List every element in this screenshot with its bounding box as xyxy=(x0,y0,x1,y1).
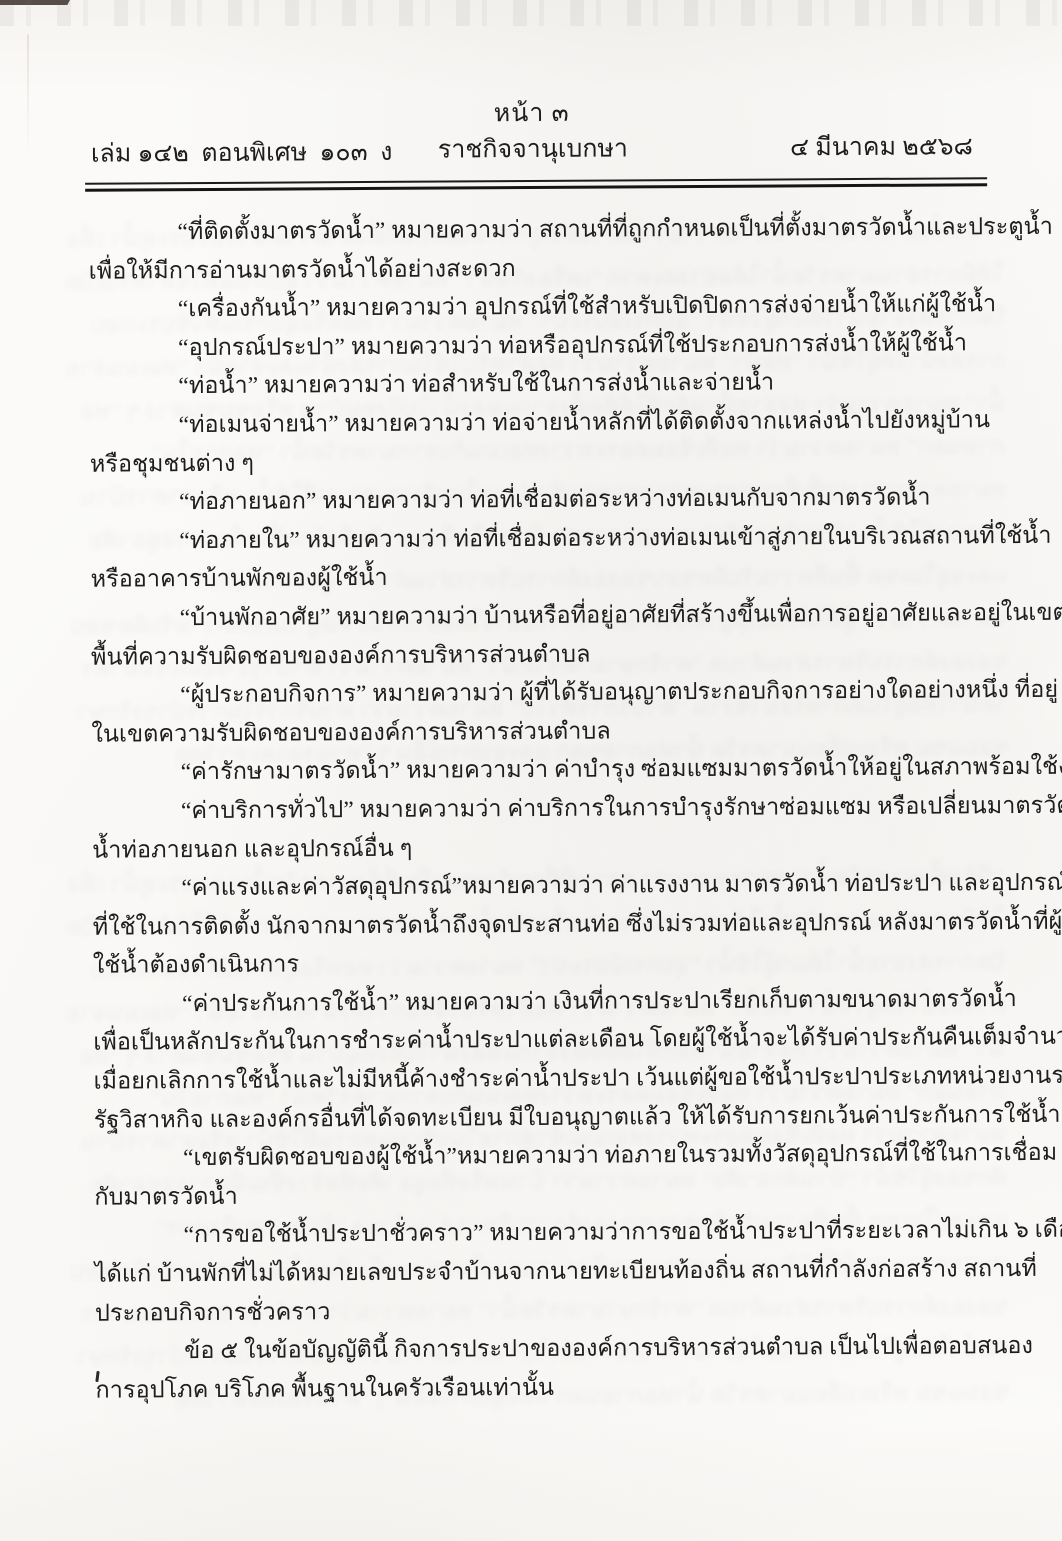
paragraph: “การขอใช้น้ำประปาชั่วคราว” หมายความว่ากา… xyxy=(94,1212,990,1333)
paragraph: “ที่ติดตั้งมาตรวัดน้ำ” หมายความว่า สถานท… xyxy=(88,208,983,291)
text-line: “ค่าประกันการใช้น้ำ” หมายความว่า เงินที่… xyxy=(93,980,988,1024)
text-line: “ค่าแรงและค่าวัสดุอุปกรณ์”หมายความว่า ค่… xyxy=(92,864,987,908)
paragraph: “ค่าประกันการใช้น้ำ” หมายความว่า เงินที่… xyxy=(93,980,989,1140)
text-line: “ค่าบริการทั่วไป” หมายความว่า ค่าบริการใ… xyxy=(92,787,987,831)
text-line: “การขอใช้น้ำประปาชั่วคราว” หมายความว่ากา… xyxy=(94,1212,989,1256)
text-line: ใช้น้ำต้องดำเนินการ xyxy=(93,942,988,986)
paragraph: “บ้านพักอาศัย” หมายความว่า บ้านหรือที่อย… xyxy=(91,594,986,677)
text-line: พื้นที่ความรับผิดชอบขององค์การบริหารส่วน… xyxy=(91,633,986,677)
text-line: หรืออาคารบ้านพักของผู้ใช้น้ำ xyxy=(90,556,985,600)
text-line: “บ้านพักอาศัย” หมายความว่า บ้านหรือที่อย… xyxy=(91,594,986,638)
text-line: “ท่อน้ำ” หมายความว่า ท่อสำหรับใช้ในการส่… xyxy=(89,363,984,407)
text-line: “อุปกรณ์ประปา” หมายความว่า ท่อหรืออุปกรณ… xyxy=(89,324,984,368)
paragraph: “ค่ารักษามาตรวัดน้ำ” หมายความว่า ค่าบำรุ… xyxy=(92,749,987,793)
paragraph: “ท่อภายใน” หมายความว่า ท่อที่เชื่อมต่อระ… xyxy=(90,517,985,600)
text-line: “ท่อเมนจ่ายน้ำ” หมายความว่า ท่อจ่ายน้ำหล… xyxy=(89,401,984,445)
page-number-label: หน้า ๓ xyxy=(0,0,1062,133)
text-line: การอุปโภค บริโภค พื้นฐานในครัวเรือนเท่าน… xyxy=(95,1366,990,1410)
text-line: รัฐวิสาหกิจ และองค์กรอื่นที่ได้จดทะเบียน… xyxy=(94,1096,989,1140)
paragraph: “ค่าแรงและค่าวัสดุอุปกรณ์”หมายความว่า ค่… xyxy=(92,864,988,985)
paragraph: ข้อ ๕ ในข้อบัญญัตินี้ กิจการประปาขององค์… xyxy=(95,1327,990,1410)
text-line: ในเขตความรับผิดชอบขององค์การบริหารส่วนตำ… xyxy=(91,710,986,754)
document-body: “ที่ติดตั้งมาตรวัดน้ำ” หมายความว่า สถานท… xyxy=(88,208,990,1410)
text-line: “เครื่องกันน้ำ” หมายความว่า อุปกรณ์ที่ใช… xyxy=(89,285,984,329)
gazette-date: ๔ มีนาคม ๒๕๖๘ xyxy=(790,130,973,165)
paragraph: “ท่อน้ำ” หมายความว่า ท่อสำหรับใช้ในการส่… xyxy=(89,363,984,407)
text-line: “ที่ติดตั้งมาตรวัดน้ำ” หมายความว่า สถานท… xyxy=(88,208,983,252)
paragraph: “เขตรับผิดชอบของผู้ใช้น้ำ”หมายความว่า ท่… xyxy=(94,1134,989,1217)
text-line: หรือชุมชนต่าง ๆ xyxy=(90,440,985,484)
text-line: น้ำท่อภายนอก และอุปกรณ์อื่น ๆ xyxy=(92,826,987,870)
paragraph: “ผู้ประกอบกิจการ” หมายความว่า ผู้ที่ได้ร… xyxy=(91,671,986,754)
text-line: เพื่อให้มีการอ่านมาตรวัดน้ำได้อย่างสะดวก xyxy=(89,247,984,291)
text-line: เพื่อเป็นหลักประกันในการชำระค่าน้ำประปาแ… xyxy=(93,1019,988,1063)
paragraph: “อุปกรณ์ประปา” หมายความว่า ท่อหรืออุปกรณ… xyxy=(89,324,984,368)
text-line: ได้แก่ บ้านพักที่ไม่ได้หมายเลขประจำบ้านจ… xyxy=(95,1250,990,1294)
text-line: เมื่อยกเลิกการใช้น้ำและไม่มีหนี้ค้างชำระ… xyxy=(93,1057,988,1101)
text-line: “ท่อภายใน” หมายความว่า ท่อที่เชื่อมต่อระ… xyxy=(90,517,985,561)
gazette-scanned-page: “ที่ติดตั้งมาตรวัดน้ำ” หมายความว่า สถานท… xyxy=(0,0,1062,1541)
paragraph: “ค่าบริการทั่วไป” หมายความว่า ค่าบริการใ… xyxy=(92,787,987,870)
text-line: “ผู้ประกอบกิจการ” หมายความว่า ผู้ที่ได้ร… xyxy=(91,671,986,715)
text-line: กับมาตรวัดน้ำ xyxy=(94,1173,989,1217)
body-paragraphs: “ที่ติดตั้งมาตรวัดน้ำ” หมายความว่า สถานท… xyxy=(88,208,990,1410)
page-content: หน้า ๓ เล่ม ๑๔๒ ตอนพิเศษ ๑๐๓ ง ราชกิจจาน… xyxy=(0,0,1062,1541)
paragraph: “เครื่องกันน้ำ” หมายความว่า อุปกรณ์ที่ใช… xyxy=(89,285,984,329)
text-line: “ค่ารักษามาตรวัดน้ำ” หมายความว่า ค่าบำรุ… xyxy=(92,749,987,793)
paragraph: “ท่อภายนอก” หมายความว่า ท่อที่เชื่อมต่อร… xyxy=(90,478,985,522)
text-line: “เขตรับผิดชอบของผู้ใช้น้ำ”หมายความว่า ท่… xyxy=(94,1134,989,1178)
text-line: “ท่อภายนอก” หมายความว่า ท่อที่เชื่อมต่อร… xyxy=(90,478,985,522)
paragraph: “ท่อเมนจ่ายน้ำ” หมายความว่า ท่อจ่ายน้ำหล… xyxy=(89,401,984,484)
text-line: ประกอบกิจการชั่วคราว xyxy=(95,1289,990,1333)
text-line: ที่ใช้ในการติดตั้ง นักจากมาตรวัดน้ำถึงจุ… xyxy=(93,903,988,947)
masthead: เล่ม ๑๔๒ ตอนพิเศษ ๑๐๓ ง ราชกิจจานุเบกษา … xyxy=(91,132,975,173)
header-divider-rule xyxy=(85,177,987,192)
text-line: ข้อ ๕ ในข้อบัญญัตินี้ กิจการประปาขององค์… xyxy=(95,1327,990,1371)
